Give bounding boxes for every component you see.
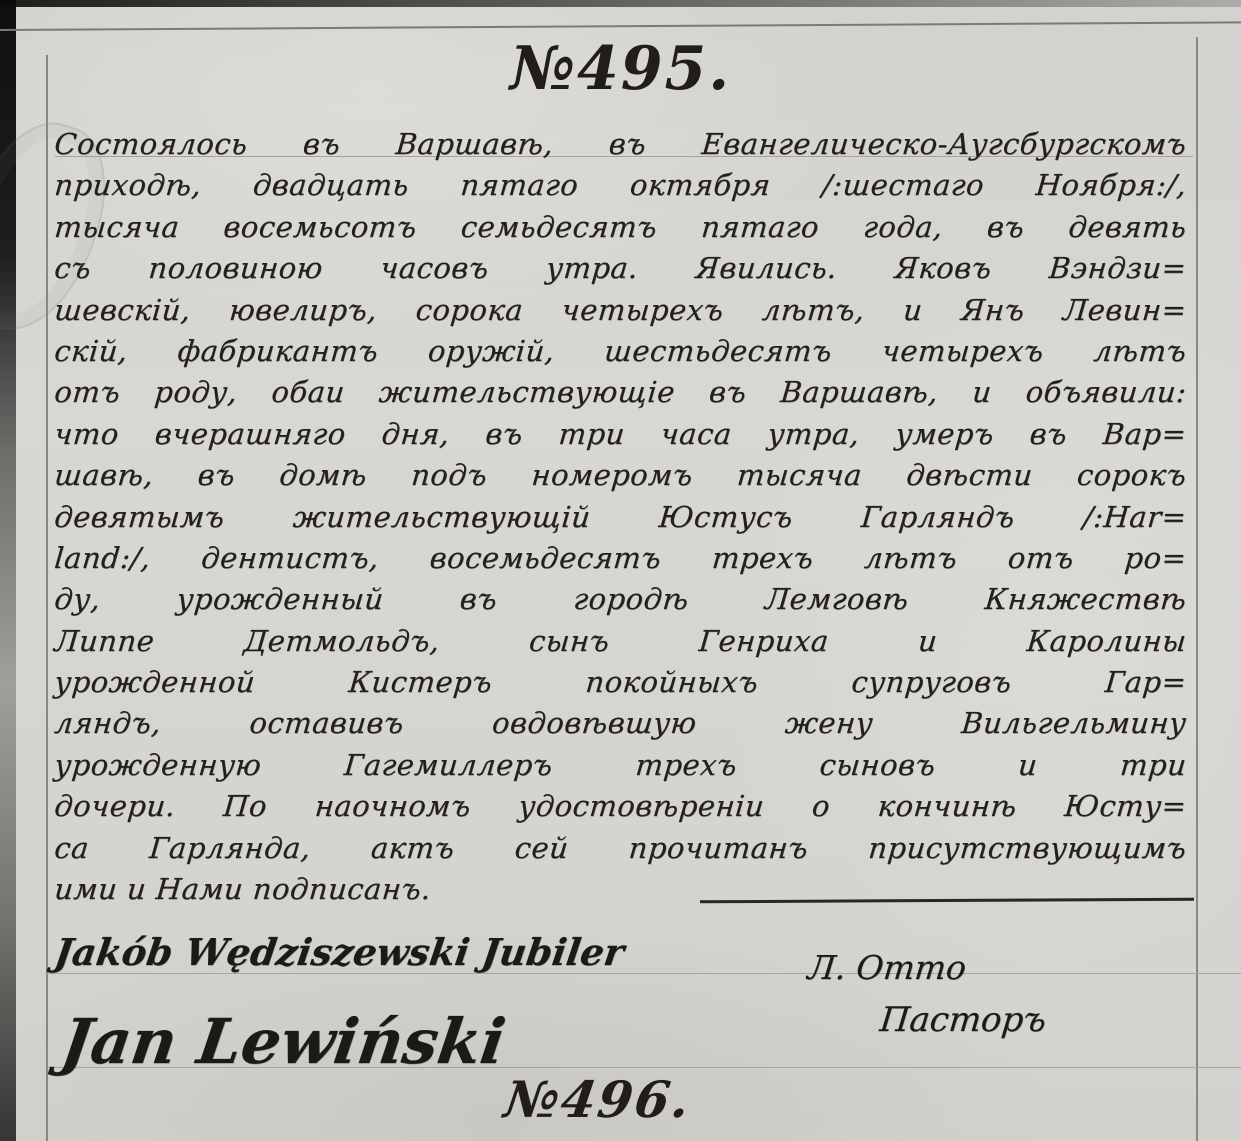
right-margin-line — [1196, 37, 1198, 1141]
record-line: са Гарлянда, актъ сей прочитанъ присутст… — [52, 831, 1188, 872]
top-frame-line — [0, 21, 1241, 31]
record-line: что вчерашняго дня, въ три часа утра, ум… — [52, 417, 1188, 458]
record-line: ляндъ, оставивъ овдовѣвшую жену Вильгель… — [52, 706, 1188, 747]
record-line: дочери. По наочномъ удостовѣреніи о конч… — [52, 789, 1188, 830]
register-page-scan: №495. Состоялось въ Варшавѣ, въ Евангели… — [0, 0, 1241, 1141]
record-line: шевскій, ювелиръ, сорока четырехъ лѣтъ, … — [52, 293, 1188, 334]
next-record-number: №496. — [501, 1070, 695, 1129]
record-line: приходѣ, двадцать пятаго октября /:шеста… — [52, 168, 1188, 209]
record-line: Состоялось въ Варшавѣ, въ Евангелическо-… — [52, 127, 1188, 168]
record-line: урожденной Кистеръ покойныхъ супруговъ Г… — [52, 665, 1188, 706]
witness-signature-wedziszewski: Jakób Wędziszewski Jubiler — [52, 930, 627, 974]
record-line: land:/, дентистъ, восемьдесятъ трехъ лѣт… — [52, 541, 1188, 582]
record-line: ду, урожденный въ городѣ Лемговѣ Княжест… — [52, 582, 1188, 623]
record-line: съ половиною часовъ утра. Явились. Яковъ… — [52, 251, 1188, 292]
witness-signature-lewinski: Jan Lewiński — [57, 1005, 510, 1078]
record-line: шавѣ, въ домѣ подъ номеромъ тысяча двѣст… — [52, 458, 1188, 499]
pastor-signature: Л. Отто — [806, 948, 968, 987]
record-number: №495. — [0, 34, 1241, 104]
record-line: отъ роду, обаи жительствующіе въ Варшавѣ… — [52, 375, 1188, 416]
record-body: Состоялось въ Варшавѣ, въ Евангелическо-… — [56, 127, 1188, 913]
record-line: девятымъ жительствующій Юстусъ Гарляндъ … — [52, 500, 1188, 541]
record-line: скій, фабрикантъ оружій, шестьдесятъ чет… — [52, 334, 1188, 375]
scan-edge-shadow-top — [0, 0, 1241, 7]
pastor-title: Пасторъ — [878, 1000, 1048, 1040]
record-line: урожденную Гагемиллеръ трехъ сыновъ и тр… — [52, 748, 1188, 789]
record-line: Липпе Детмольдъ, сынъ Генриха и Каролины — [52, 624, 1188, 665]
left-margin-line — [46, 55, 48, 1141]
record-line: тысяча восемьсотъ семьдесятъ пятаго года… — [52, 210, 1188, 251]
record-line: ими и Нами подписанъ. — [52, 872, 1188, 913]
